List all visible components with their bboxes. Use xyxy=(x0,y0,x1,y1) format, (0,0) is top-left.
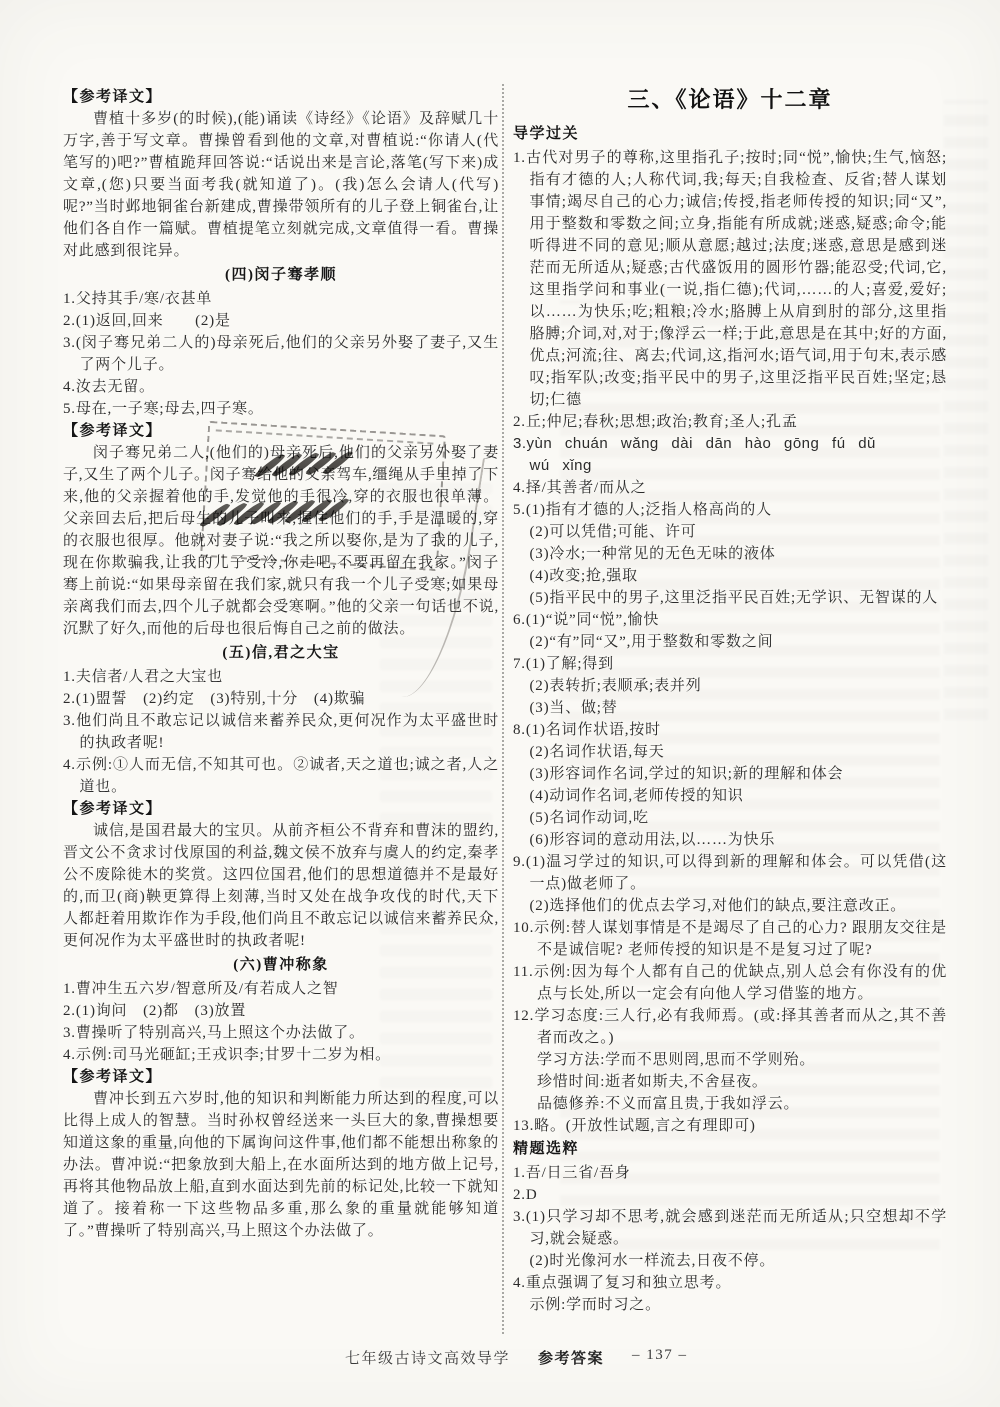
answer-item: 5.母在,一子寒;母去,四子寒。 xyxy=(63,398,499,420)
sub-answer-line: (2)时光像河水一样流去,日夜不停。 xyxy=(513,1250,947,1272)
sub-answer-line: (2)表转折;表顺承;表并列 xyxy=(513,675,947,697)
sub-answer-line: (2)“有”同“又”,用于整数和零数之间 xyxy=(513,631,947,653)
sub-answer-line: 品德修养:不义而富且贵,于我如浮云。 xyxy=(513,1093,947,1115)
answer-item: 4.择/其善者/而从之 xyxy=(513,477,947,499)
pinyin-line: wú xǐng xyxy=(513,455,947,477)
sub-answer-line: (3)冷水;一种常见的无色无味的液体 xyxy=(513,543,947,565)
footer-book-title: 七年级古诗文高效导学 xyxy=(345,1347,510,1368)
answer-item: 3.(闵子骞兄弟二人的)母亲死后,他们的父亲另外娶了妻子,又生了两个儿子。 xyxy=(63,332,499,376)
sub-answer-line: 示例:学而时习之。 xyxy=(513,1294,947,1316)
answer-item: 12.学习态度:三人行,必有我师焉。(或:择其善者而从之,其不善者而改之。) xyxy=(513,1005,947,1049)
pinyin-line: 3.yùn chuán wǎng dài dān hào gōng fú dǔ xyxy=(513,433,947,455)
answer-item: 2.D xyxy=(513,1184,947,1206)
answer-item: 1.古代对男子的尊称,这里指孔子;按时;同“悦”,愉快;生气,恼怒;指有才德的人… xyxy=(513,147,947,411)
sub-answer-line: (2)可以凭借;可能、许可 xyxy=(513,521,947,543)
answer-item: 4.重点强调了复习和独立思考。 xyxy=(513,1272,947,1294)
answer-item: 4.示例:司马光砸缸;王戎识李;甘罗十二岁为相。 xyxy=(63,1044,499,1066)
answer-item: 5.(1)指有才德的人;泛指人格高尚的人 xyxy=(513,499,947,521)
answer-item: 3.曹操听了特别高兴,马上照这个办法做了。 xyxy=(63,1022,499,1044)
answer-item: 8.(1)名词作状语,按时 xyxy=(513,719,947,741)
scanned-answer-page: 【参考译文】 曹植十多岁(的时候),(能)诵读《诗经》《论语》及辞赋几十万字,善… xyxy=(0,0,1000,1407)
translation-paragraph-chengxin: 诚信,是国君最大的宝贝。从前齐桓公不背弃和曹沫的盟约,晋文公不贪求讨伐原国的利益… xyxy=(63,820,499,952)
sub-answer-line: (5)名词作动词,吃 xyxy=(513,807,947,829)
footer-page-number: – 137 – xyxy=(632,1347,688,1368)
answer-item: 6.(1)“说”同“悦”,愉快 xyxy=(513,609,947,631)
translation-paragraph-caozhi: 曹植十多岁(的时候),(能)诵读《诗经》《论语》及辞赋几十万字,善于写文章。曹操… xyxy=(63,108,499,262)
sub-answer-line: (4)动词作名词,老师传授的知识 xyxy=(513,785,947,807)
sub-answer-line: (6)形容词的意动用法,以……为快乐 xyxy=(513,829,947,851)
answer-item: 9.(1)温习学过的知识,可以得到新的理解和体会。可以凭借(这一点)做老师了。 xyxy=(513,851,947,895)
chapter-title: 三、《论语》十二章 xyxy=(513,84,947,116)
bleed-through-ghost-text xyxy=(944,100,988,720)
answer-item: 2.丘;仲尼;春秋;思想;政治;教育;圣人;孔孟 xyxy=(513,411,947,433)
sub-answer-line: 珍惜时间:逝者如斯夫,不舍昼夜。 xyxy=(513,1071,947,1093)
page-footer: 七年级古诗文高效导学 参考答案 – 137 – xyxy=(345,1347,688,1368)
answer-item: 1.父持其手/寒/衣甚单 xyxy=(63,288,499,310)
answer-item: 3.他们尚且不敢忘记以诚信来蓄养民众,更何况作为太平盛世时的执政者呢! xyxy=(63,710,499,754)
answer-item: 1.吾/日三省/吾身 xyxy=(513,1162,947,1184)
footer-section-label: 参考答案 xyxy=(538,1347,604,1368)
reference-translation-label: 【参考译文】 xyxy=(63,798,499,820)
sub-answer-line: (2)选择他们的优点去学习,对他们的缺点,要注意改正。 xyxy=(513,895,947,917)
section-title-6: (六)曹冲称象 xyxy=(63,952,499,978)
sub-answer-line: (4)改变;抢,强取 xyxy=(513,565,947,587)
answer-item: 1.曹冲生五六岁/智意所及/有若成人之智 xyxy=(63,978,499,1000)
section-title-4: (四)闵子骞孝顺 xyxy=(63,262,499,288)
sub-answer-line: 学习方法:学而不思则罔,思而不学则殆。 xyxy=(513,1049,947,1071)
answer-item: 2.(1)询问 (2)都 (3)放置 xyxy=(63,1000,499,1022)
answer-item: 4.汝去无留。 xyxy=(63,376,499,398)
sub-answer-line: (3)当、做;替 xyxy=(513,697,947,719)
translation-paragraph-caochong: 曹冲长到五六岁时,他的知识和判断能力所达到的程度,可以比得上成人的智慧。当时孙权… xyxy=(63,1088,499,1242)
answer-item: 7.(1)了解;得到 xyxy=(513,653,947,675)
sub-answer-line: (2)名词作状语,每天 xyxy=(513,741,947,763)
answer-item: 10.示例:替人谋划事情是不是竭尽了自己的心力? 跟朋友交往是不是诚信呢? 老师… xyxy=(513,917,947,961)
right-column: 三、《论语》十二章 导学过关 1.古代对男子的尊称,这里指孔子;按时;同“悦”,… xyxy=(513,84,947,1316)
answer-item: 11.示例:因为每个人都有自己的优缺点,别人总会有你没有的优点与长处,所以一定会… xyxy=(513,961,947,1005)
answer-item: 1.夫信者/人君之大宝也 xyxy=(63,666,499,688)
answer-item: 2.(1)盟誓 (2)约定 (3)特别,十分 (4)欺骗 xyxy=(63,688,499,710)
answer-item: 3.(1)只学习却不思考,就会感到迷茫而无所适从;只空想却不学习,就会疑惑。 xyxy=(513,1206,947,1250)
column-divider-dotted-rule xyxy=(502,84,504,1334)
answer-item: 13.略。(开放性试题,言之有理即可) xyxy=(513,1115,947,1137)
subsection-label-guide: 导学过关 xyxy=(513,122,947,147)
sub-answer-line: (3)形容词作名词,学过的知识;新的理解和体会 xyxy=(513,763,947,785)
answer-item: 4.示例:①人而无信,不知其可也。②诚者,天之道也;诚之者,人之道也。 xyxy=(63,754,499,798)
reference-translation-label: 【参考译文】 xyxy=(63,86,499,108)
answer-item: 2.(1)返回,回来 (2)是 xyxy=(63,310,499,332)
pencil-scribble-marks xyxy=(210,494,347,530)
pencil-scribble-marks xyxy=(265,447,351,481)
reference-translation-label: 【参考译文】 xyxy=(63,1066,499,1088)
sub-answer-line: (5)指平民中的男子,这里泛指平民百姓;无学识、无智谋的人 xyxy=(513,587,947,609)
subsection-label-select: 精题选粹 xyxy=(513,1137,947,1162)
